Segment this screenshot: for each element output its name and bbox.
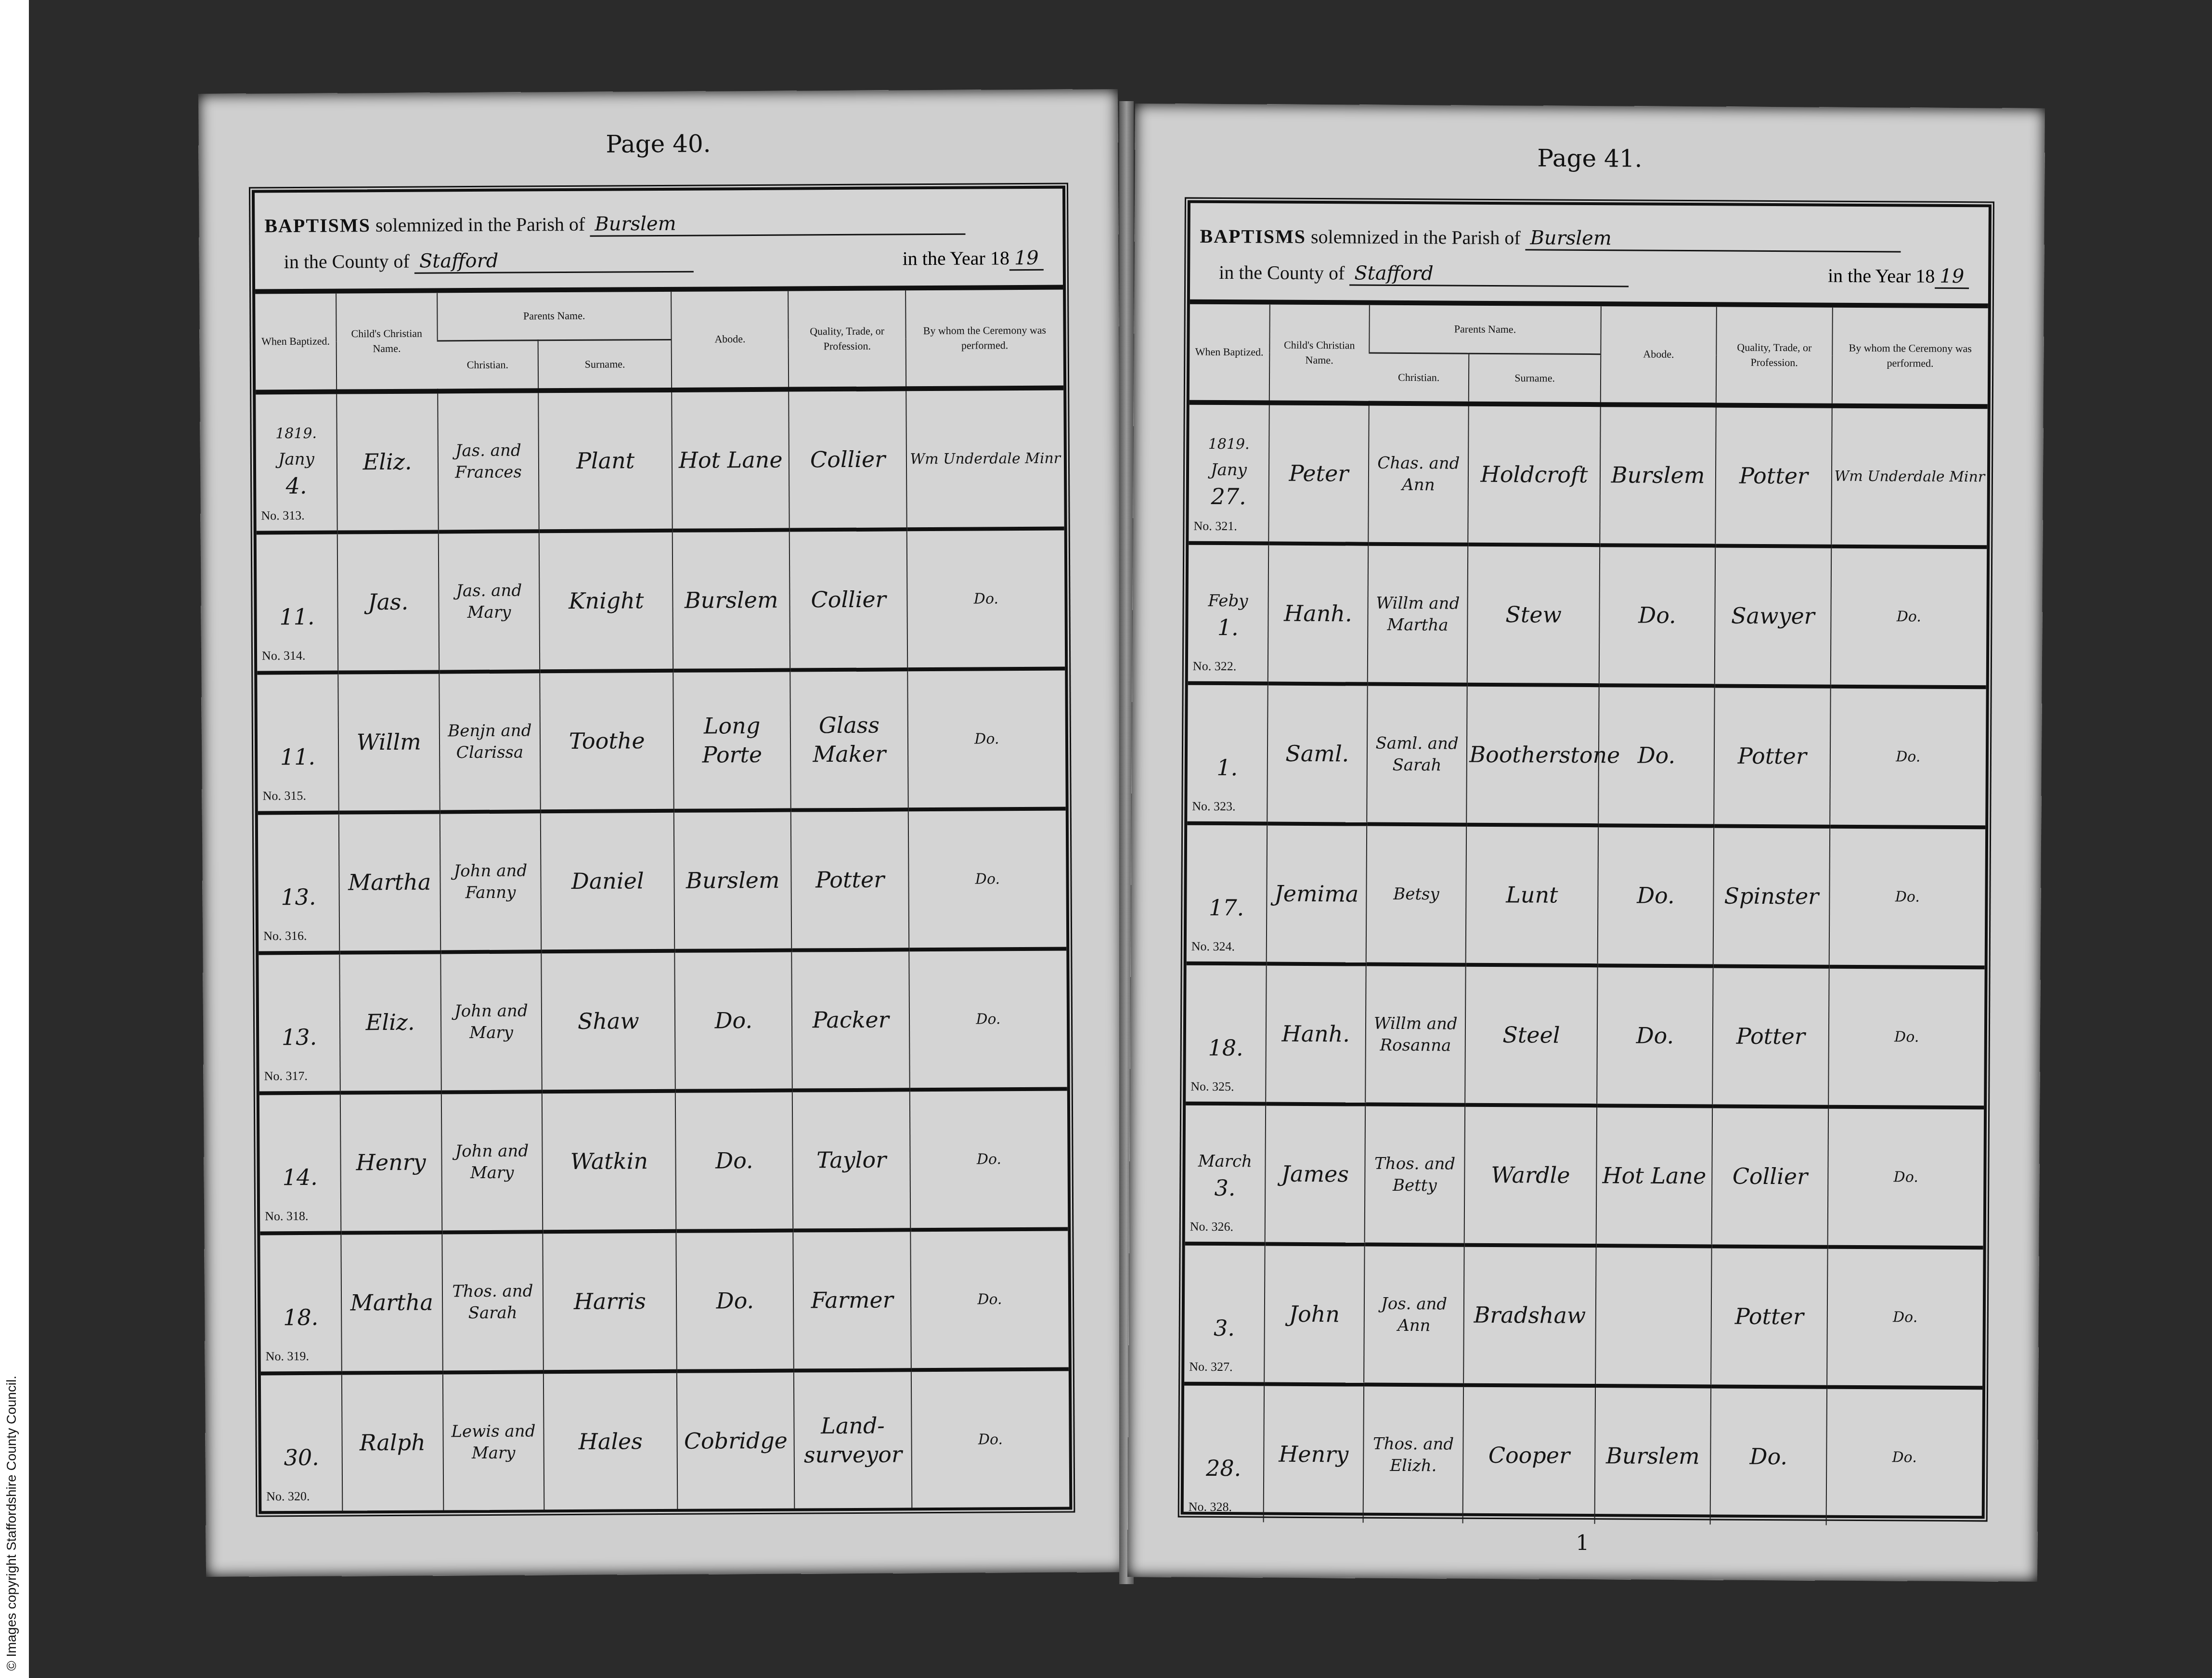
page-41: Page 41. BAPTISMS solemnized in the Pari…	[1127, 104, 2045, 1582]
parents-surname-cell: Plant	[538, 390, 672, 531]
trade-cell: Potter	[1712, 966, 1829, 1106]
table-row: March 3. No. 326. James Thos. and Betty …	[1185, 1104, 1984, 1248]
form-header: BAPTISMS solemnized in the Parish of Bur…	[255, 189, 1063, 294]
entry-day: 18.	[283, 1304, 318, 1330]
minister-cell: Do.	[1829, 827, 1985, 968]
title-prefix: BAPTISMS	[264, 214, 371, 236]
minister-cell: Wm Underdale Minr	[1831, 406, 1988, 547]
minister-cell: Do.	[1826, 1387, 1982, 1526]
entry-year	[263, 1414, 339, 1415]
when-baptized-cell: 1819. Jany 27. No. 321.	[1189, 403, 1269, 544]
entry-number: No. 327.	[1189, 1359, 1232, 1375]
abode-cell: Burslem	[1600, 404, 1716, 546]
open-register-book: Page 40. BAPTISMS solemnized in the Pari…	[202, 82, 2046, 1589]
child-name-cell: John	[1264, 1244, 1365, 1385]
col-surname: Surname.	[538, 339, 672, 390]
parents-christian-cell: Willm and Martha	[1368, 544, 1468, 685]
col-trade: Quality, Trade, or Profession.	[789, 290, 906, 389]
table-row: 11. No. 314. Jas. Jas. and Mary Knight B…	[257, 529, 1065, 673]
when-baptized-cell: 13. No. 316.	[258, 813, 339, 953]
entry-year: 1819.	[1191, 435, 1267, 454]
entry-number: No. 313.	[261, 507, 304, 524]
entry-number: No. 324.	[1191, 938, 1235, 955]
child-name-cell: Henry	[340, 1092, 442, 1233]
col-when: When Baptized.	[1190, 304, 1270, 403]
entry-day: 13.	[282, 1024, 317, 1050]
entry-year	[262, 1274, 339, 1275]
title-text: solemnized in the Parish of	[1311, 226, 1521, 248]
entry-year	[260, 854, 336, 854]
entry-number: No. 321.	[1193, 518, 1237, 534]
when-baptized-cell: 3. No. 327.	[1184, 1244, 1265, 1384]
child-name-cell: Hanh.	[1266, 964, 1366, 1105]
parents-surname-cell: Knight	[539, 531, 673, 671]
table-row: 13. No. 316. Martha John and Fanny Danie…	[258, 809, 1067, 953]
minister-cell: Do.	[1830, 546, 1987, 688]
minister-cell: Do.	[1828, 967, 1985, 1108]
parents-christian-cell: John and Mary	[440, 951, 542, 1092]
entry-day: 13.	[281, 884, 316, 910]
abode-cell: Do.	[674, 950, 792, 1091]
year-label: in the Year 18	[903, 247, 1009, 269]
page-title: Page 40.	[198, 128, 1118, 160]
parents-christian-cell: Saml. and Sarah	[1367, 684, 1467, 825]
parents-surname-cell: Toothe	[540, 671, 674, 811]
baptism-rows: 1819. Jany 27. No. 321. Peter Chas. and …	[1184, 403, 1988, 1526]
entry-month: March	[1198, 1151, 1252, 1171]
parents-surname-cell: Steel	[1465, 965, 1597, 1106]
baptism-register-form: BAPTISMS solemnized in the Parish of Bur…	[252, 186, 1072, 1514]
parents-christian-cell: Thos. and Sarah	[442, 1232, 543, 1372]
entry-month: Jany	[278, 450, 314, 469]
entry-day: 28.	[1206, 1455, 1241, 1481]
minister-cell: Do.	[1830, 687, 1986, 828]
parents-surname-cell: Shaw	[542, 951, 675, 1092]
col-abode: Abode.	[671, 291, 789, 390]
copyright-notice: © Images copyright Staffordshire County …	[4, 1376, 19, 1671]
table-row: 1. No. 323. Saml. Saml. and Sarah Boothe…	[1187, 683, 1986, 828]
when-baptized-cell: 11. No. 314.	[257, 533, 338, 673]
child-name-cell: Peter	[1268, 403, 1369, 544]
entry-number: No. 322.	[1193, 658, 1236, 675]
minister-cell: Do.	[906, 529, 1065, 670]
child-name-cell: Martha	[339, 812, 440, 952]
child-name-cell: Ralph	[342, 1372, 443, 1511]
trade-cell: Potter	[1714, 686, 1830, 826]
form-header: BAPTISMS solemnized in the Parish of Bur…	[1190, 203, 1989, 309]
parents-christian-cell: Thos. and Elizh.	[1363, 1385, 1464, 1523]
entry-day: 3.	[1215, 1174, 1236, 1200]
abode-cell	[1595, 1246, 1712, 1386]
parents-christian-cell: John and Fanny	[440, 811, 541, 952]
county-line: in the County of Stafford	[1219, 261, 1629, 287]
parents-surname-cell: Wardle	[1464, 1105, 1597, 1246]
trade-cell: Packer	[792, 950, 910, 1090]
minister-cell: Do.	[910, 1229, 1069, 1370]
child-name-cell: Willm	[338, 672, 440, 812]
minister-cell: Do.	[910, 1089, 1068, 1230]
table-row: 18. No. 325. Hanh. Willm and Rosanna Ste…	[1186, 963, 1985, 1108]
col-parents: Parents Name.	[1369, 305, 1601, 354]
col-minister: By whom the Ceremony was performed.	[905, 290, 1063, 389]
trade-cell: Spinster	[1713, 826, 1830, 966]
abode-cell: Burslem	[674, 810, 792, 951]
child-name-cell: Hanh.	[1268, 544, 1369, 684]
entry-year	[1187, 1285, 1262, 1285]
child-name-cell: Jas.	[337, 532, 439, 672]
when-baptized-cell: 1. No. 323.	[1187, 683, 1268, 824]
title-line: BAPTISMS solemnized in the Parish of Bur…	[1200, 225, 1901, 253]
trade-cell: Glass Maker	[790, 669, 908, 810]
entry-year	[259, 714, 336, 714]
minister-cell: Do.	[1827, 1247, 1983, 1388]
entry-number: No. 315.	[262, 788, 306, 804]
child-name-cell: Martha	[341, 1232, 442, 1373]
minister-cell: Do.	[911, 1369, 1070, 1509]
when-baptized-cell: 18. No. 325.	[1186, 963, 1266, 1104]
entry-day: 4.	[286, 473, 307, 499]
col-child: Child's Christian Name.	[1269, 305, 1370, 403]
baptism-table: When Baptized. Child's Christian Name. P…	[255, 290, 1069, 1512]
parents-christian-cell: John and Mary	[441, 1092, 543, 1232]
entry-day: 3.	[1214, 1314, 1235, 1340]
child-name-cell: James	[1265, 1104, 1365, 1245]
abode-cell: Do.	[1598, 685, 1715, 826]
minister-cell: Do.	[908, 809, 1067, 950]
entry-year: 1819.	[258, 424, 335, 443]
parents-surname-cell: Lunt	[1466, 825, 1598, 965]
trade-cell: Farmer	[793, 1230, 911, 1370]
trade-cell: Do.	[1710, 1386, 1827, 1525]
year-value: 19	[1009, 247, 1044, 271]
parish-name: Burslem	[1525, 227, 1901, 252]
when-baptized-cell: 17. No. 324.	[1187, 823, 1267, 964]
col-trade: Quality, Trade, or Profession.	[1716, 307, 1832, 405]
col-minister: By whom the Ceremony was performed.	[1832, 308, 1988, 407]
col-child: Child's Christian Name.	[336, 293, 438, 391]
table-row: 18. No. 319. Martha Thos. and Sarah Harr…	[260, 1229, 1069, 1374]
parents-christian-cell: Benjn and Clarissa	[439, 671, 541, 812]
trade-cell: Collier	[789, 529, 907, 670]
trade-cell: Land-surveyor	[794, 1370, 912, 1509]
year-value: 19	[1935, 265, 1969, 289]
col-surname: Surname.	[1469, 353, 1601, 404]
entry-number: No. 328.	[1189, 1499, 1232, 1515]
page-40: Page 40. BAPTISMS solemnized in the Pari…	[198, 89, 1125, 1577]
county-name: Stafford	[1349, 262, 1629, 287]
entry-number: No. 317.	[264, 1068, 308, 1084]
entry-number: No. 319.	[266, 1348, 309, 1365]
when-baptized-cell: 1819. Jany 4. No. 313.	[256, 392, 337, 533]
county-label: in the County of	[1219, 261, 1345, 284]
abode-cell: Do.	[675, 1091, 793, 1231]
year-line: in the Year 1819	[1828, 264, 1969, 289]
abode-cell: Long Porte	[673, 670, 791, 811]
col-parents: Parents Name.	[437, 292, 672, 341]
abode-cell: Hot Lane	[672, 390, 789, 531]
abode-cell: Do.	[1598, 825, 1714, 966]
entry-year	[1190, 724, 1265, 725]
entry-month: Feby	[1208, 591, 1248, 611]
baptism-register-form: BAPTISMS solemnized in the Parish of Bur…	[1181, 200, 1992, 1519]
when-baptized-cell: 18. No. 319.	[260, 1233, 341, 1374]
table-row: 17. No. 324. Jemima Betsy Lunt Do. Spins…	[1187, 823, 1986, 968]
parents-christian-cell: Chas. and Ann	[1368, 403, 1469, 545]
when-baptized-cell: 13. No. 317.	[259, 953, 340, 1093]
parents-surname-cell: Daniel	[541, 811, 674, 951]
year-line: in the Year 1819	[903, 247, 1044, 272]
parents-christian-cell: Jos. and Ann	[1364, 1245, 1464, 1385]
parents-surname-cell: Watkin	[542, 1091, 676, 1232]
table-row: 1819. Jany 27. No. 321. Peter Chas. and …	[1189, 403, 1988, 547]
table-row: 30. No. 320. Ralph Lewis and Mary Hales …	[261, 1369, 1069, 1512]
entry-day: 1.	[1217, 614, 1239, 640]
parents-christian-cell: Jas. and Mary	[438, 531, 540, 672]
when-baptized-cell: 30. No. 320.	[261, 1373, 342, 1511]
parents-surname-cell: Bootherstone	[1466, 685, 1599, 825]
entry-year	[1186, 1425, 1262, 1425]
baptism-rows: 1819. Jany 4. No. 313. Eliz. Jas. and Fr…	[256, 388, 1069, 1512]
page-footer: 1	[1127, 1528, 2037, 1558]
entry-number: No. 325.	[1190, 1079, 1234, 1095]
col-christian: Christian.	[437, 340, 538, 391]
table-row: 28. No. 328. Henry Thos. and Elizh. Coop…	[1184, 1384, 1982, 1526]
table-row: Feby 1. No. 322. Hanh. Willm and Martha …	[1188, 543, 1987, 688]
child-name-cell: Henry	[1263, 1384, 1364, 1523]
entry-day: 11.	[280, 743, 315, 769]
parents-surname-cell: Holdcroft	[1468, 404, 1601, 545]
trade-cell: Collier	[1712, 1106, 1828, 1247]
minister-cell: Wm Underdale Minr	[906, 388, 1064, 530]
entry-day: 27.	[1211, 483, 1246, 509]
when-baptized-cell: 11. No. 315.	[257, 673, 338, 813]
child-name-cell: Saml.	[1267, 684, 1368, 824]
parents-christian-cell: Lewis and Mary	[442, 1372, 544, 1510]
parents-surname-cell: Hales	[543, 1371, 677, 1510]
title-line: BAPTISMS solemnized in the Parish of Bur…	[264, 211, 965, 239]
abode-cell: Cobridge	[677, 1371, 795, 1509]
trade-cell: Taylor	[792, 1090, 910, 1230]
page-footer	[206, 1548, 1125, 1553]
entry-day: 17.	[1209, 894, 1244, 920]
title-prefix: BAPTISMS	[1200, 225, 1306, 247]
entry-year	[259, 573, 335, 574]
entry-number: No. 320.	[266, 1488, 310, 1505]
parents-christian-cell: Thos. and Betty	[1365, 1105, 1465, 1245]
when-baptized-cell: Feby 1. No. 322.	[1188, 543, 1268, 684]
entry-number: No. 318.	[265, 1208, 308, 1224]
entry-number: No. 323.	[1192, 798, 1235, 815]
county-name: Stafford	[414, 249, 694, 274]
abode-cell: Do.	[676, 1231, 794, 1371]
entry-day: 11.	[279, 603, 314, 629]
parents-surname-cell: Cooper	[1463, 1385, 1595, 1524]
parents-surname-cell: Harris	[543, 1231, 677, 1372]
entry-day: 1.	[1216, 754, 1238, 780]
child-name-cell: Jemima	[1266, 824, 1367, 964]
when-baptized-cell: 28. No. 328.	[1184, 1384, 1264, 1522]
county-label: in the County of	[284, 250, 410, 273]
entry-year	[1190, 584, 1266, 585]
minister-cell: Do.	[907, 669, 1066, 810]
col-abode: Abode.	[1601, 306, 1717, 405]
year-label: in the Year 18	[1828, 265, 1935, 287]
abode-cell: Burslem	[1594, 1386, 1711, 1524]
abode-cell: Hot Lane	[1596, 1106, 1712, 1246]
parents-christian-cell: Betsy	[1366, 824, 1467, 965]
page-title: Page 41.	[1135, 142, 2044, 175]
abode-cell: Do.	[1597, 965, 1713, 1106]
parents-christian-cell: Willm and Rosanna	[1365, 964, 1466, 1105]
minister-cell: Do.	[909, 949, 1067, 1090]
abode-cell: Burslem	[673, 530, 790, 671]
entry-month: Jany	[1211, 460, 1247, 480]
entry-year	[261, 994, 337, 994]
trade-cell: Potter	[1715, 405, 1832, 546]
entry-day: 18.	[1208, 1034, 1243, 1060]
minister-cell: Do.	[1827, 1107, 1984, 1248]
trade-cell: Collier	[789, 389, 907, 530]
table-row: 14. No. 318. Henry John and Mary Watkin …	[259, 1089, 1068, 1234]
entry-number: No. 316.	[263, 928, 307, 944]
table-row: 13. No. 317. Eliz. John and Mary Shaw Do…	[259, 949, 1067, 1093]
child-name-cell: Eliz.	[339, 952, 441, 1093]
county-line: in the County of Stafford	[284, 248, 694, 274]
child-name-cell: Eliz.	[336, 391, 438, 532]
entry-year	[1189, 864, 1265, 865]
entry-day: 14.	[282, 1164, 317, 1190]
entry-number: No. 314.	[262, 648, 305, 664]
trade-cell: Potter	[791, 809, 909, 950]
when-baptized-cell: 14. No. 318.	[259, 1093, 341, 1234]
parents-surname-cell: Stew	[1467, 545, 1600, 685]
entry-year	[1188, 1004, 1264, 1005]
trade-cell: Potter	[1711, 1246, 1827, 1387]
table-row: 3. No. 327. John Jos. and Ann Bradshaw P…	[1184, 1244, 1983, 1388]
table-row: 1819. Jany 4. No. 313. Eliz. Jas. and Fr…	[256, 388, 1064, 533]
title-text: solemnized in the Parish of	[375, 213, 585, 236]
parents-surname-cell: Bradshaw	[1463, 1245, 1596, 1386]
entry-number: No. 326.	[1190, 1219, 1233, 1235]
entry-day: 30.	[284, 1444, 319, 1470]
entry-year	[1188, 1145, 1263, 1145]
trade-cell: Sawyer	[1715, 546, 1831, 686]
table-row: 11. No. 315. Willm Benjn and Clarissa To…	[257, 669, 1066, 813]
parish-name: Burslem	[590, 211, 965, 237]
baptism-table: When Baptized. Child's Christian Name. P…	[1184, 304, 1988, 1526]
abode-cell: Do.	[1599, 545, 1716, 686]
col-when: When Baptized.	[255, 294, 336, 392]
parents-christian-cell: Jas. and Frances	[438, 390, 539, 532]
col-christian: Christian.	[1369, 353, 1469, 404]
entry-year	[261, 1134, 338, 1134]
when-baptized-cell: March 3. No. 326.	[1185, 1104, 1266, 1244]
